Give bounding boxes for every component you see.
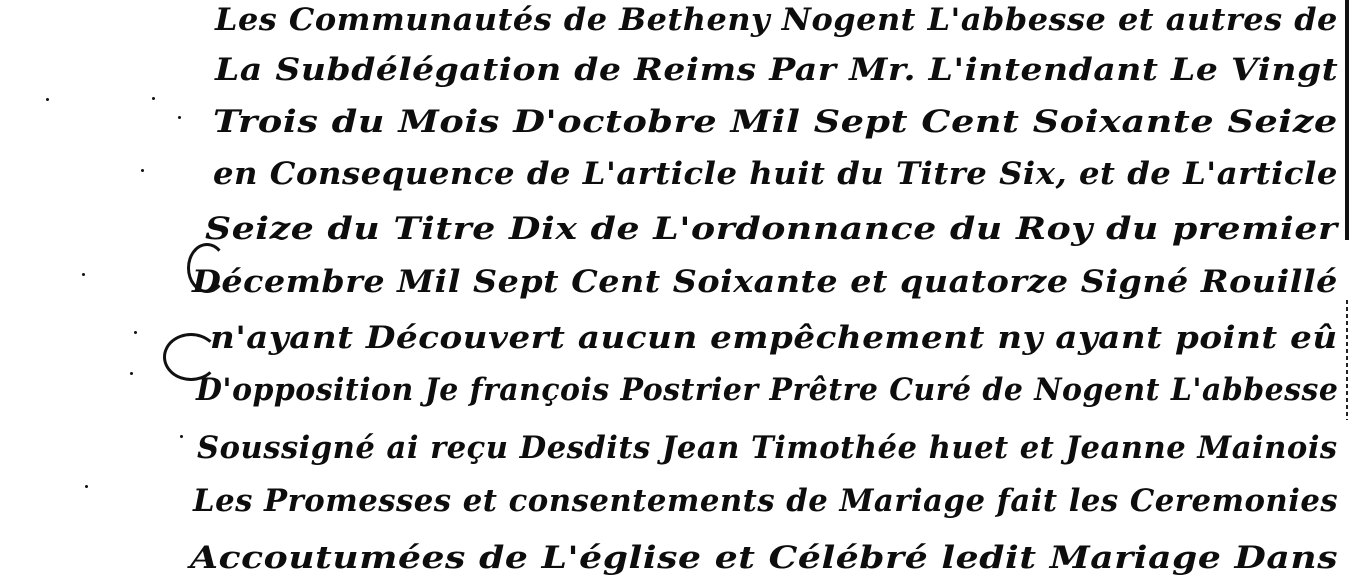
margin-speck — [46, 98, 49, 101]
manuscript-line-1: Les Communautés de Betheny Nogent L'abbe… — [215, 2, 1338, 38]
manuscript-line-10: Les Promesses et consentements de Mariag… — [193, 483, 1338, 519]
page-edge-border-dashed — [1346, 300, 1348, 420]
manuscript-line-9: Soussigné ai reçu Desdits Jean Timothée … — [197, 430, 1338, 466]
margin-speck — [82, 273, 85, 276]
manuscript-line-5: Seize du Titre Dix de L'ordonnance du Ro… — [205, 211, 1338, 247]
manuscript-line-4: en Consequence de L'article huit du Titr… — [213, 156, 1338, 192]
manuscript-line-11: Accoutumées de L'église et Célébré ledit… — [190, 540, 1338, 576]
margin-speck — [152, 97, 155, 100]
margin-speck — [130, 372, 133, 375]
margin-speck — [180, 435, 183, 438]
manuscript-line-2: La Subdélégation de Reims Par Mr. L'inte… — [215, 52, 1338, 88]
page-edge-border — [1345, 0, 1349, 240]
margin-speck — [134, 331, 137, 334]
document-page: Les Communautés de Betheny Nogent L'abbe… — [0, 0, 1350, 579]
margin-speck — [178, 116, 181, 119]
manuscript-line-8: D'opposition Je françois Postrier Prêtre… — [196, 372, 1338, 408]
manuscript-line-7: n'ayant Découvert aucun empêchement ny a… — [210, 320, 1338, 356]
margin-speck — [85, 485, 88, 488]
margin-speck — [141, 169, 144, 172]
manuscript-line-6: Décembre Mil Sept Cent Soixante et quato… — [192, 264, 1338, 300]
manuscript-line-3: Trois du Mois D'octobre Mil Sept Cent So… — [213, 104, 1338, 140]
